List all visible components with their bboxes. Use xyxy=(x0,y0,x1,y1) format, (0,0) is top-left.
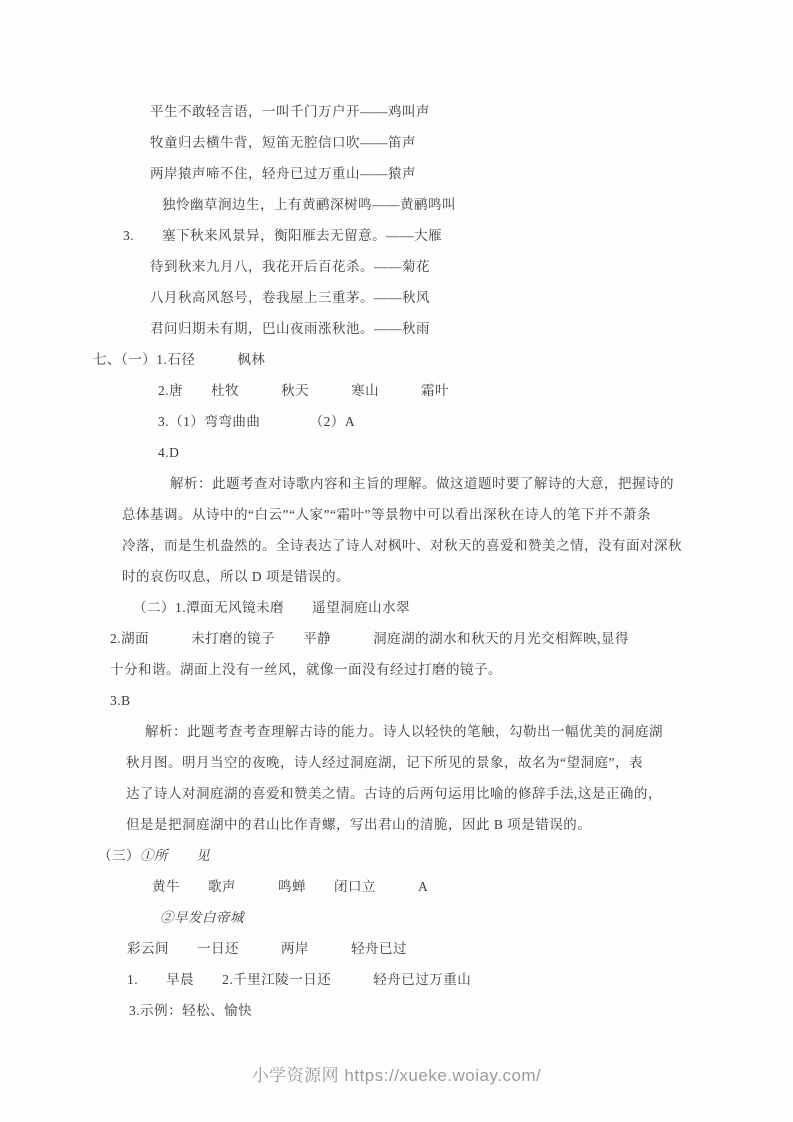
text-line: 2.唐 杜牧 秋天 寒山 霜叶 xyxy=(0,375,793,406)
text-line: 黄牛 歌声 鸣蝉 闭口立 A xyxy=(0,871,793,902)
text-line: （三）①所 见 xyxy=(0,840,793,871)
text-line: 平生不敢轻言语，一叫千门万户开——鸡叫声 xyxy=(0,96,793,127)
text-run: 解析：此题考查对诗歌内容和主旨的理解。做这道题时要了解诗的大意，把握诗的 xyxy=(170,476,674,491)
text-run: 平生不敢轻言语，一叫千门万户开——鸡叫声 xyxy=(150,104,430,119)
text-run: 君问归期未有期，巴山夜雨涨秋池。——秋雨 xyxy=(150,321,430,336)
text-run: 1. 早晨 2.千里江陵一日还 轻舟已过万重山 xyxy=(127,972,471,987)
text-run: 3. 塞下秋来风景异，衡阳雁去无留意。——大雁 xyxy=(123,228,442,243)
text-run: 3.（1）弯弯曲曲 （2）A xyxy=(158,414,355,429)
text-run: 解析：此题考查考查理解古诗的能力。诗人以轻快的笔触，勾勒出一幅优美的洞庭湖 xyxy=(145,724,663,739)
text-line: 十分和谐。湖面上没有一丝风，就像一面没有经过打磨的镜子。 xyxy=(0,654,793,685)
text-run: 待到秋来九月八，我花开后百花杀。——菊花 xyxy=(150,259,430,274)
kai-text-run: ②早发白帝城 xyxy=(160,910,244,925)
text-line: 2.湖面 未打磨的镜子 平静 洞庭湖的湖水和秋天的月光交相辉映,显得 xyxy=(0,623,793,654)
text-run: 但是是把洞庭湖中的君山比作青螺，写出君山的清脆，因此 B 项是错误的。 xyxy=(126,817,591,832)
text-run: 总体基调。从诗中的“白云”“人家”“霜叶”等景物中可以看出深秋在诗人的笔下并不萧… xyxy=(122,507,651,522)
watermark-footer: 小学资源网 https://xueke.woiay.com/ xyxy=(0,1064,793,1088)
text-line: ②早发白帝城 xyxy=(0,902,793,933)
answer-sheet-body: 平生不敢轻言语，一叫千门万户开——鸡叫声牧童归去横牛背，短笛无腔信口吹——笛声两… xyxy=(0,96,793,1026)
text-line: 总体基调。从诗中的“白云”“人家”“霜叶”等景物中可以看出深秋在诗人的笔下并不萧… xyxy=(0,499,793,530)
text-line: 两岸猿声啼不住，轻舟已过万重山——猿声 xyxy=(0,158,793,189)
text-line: 4.D xyxy=(0,437,793,468)
text-run: 2.湖面 未打磨的镜子 平静 洞庭湖的湖水和秋天的月光交相辉映,显得 xyxy=(110,631,629,646)
text-run: 秋月图。明月当空的夜晚，诗人经过洞庭湖，记下所见的景象，故名为“望洞庭”，表 xyxy=(126,755,643,770)
text-run: 冷落，而是生机盎然的。全诗表达了诗人对枫叶、对秋天的喜爱和赞美之情，没有面对深秋 xyxy=(122,538,682,553)
text-run: （三） xyxy=(98,848,140,863)
text-line: 3.（1）弯弯曲曲 （2）A xyxy=(0,406,793,437)
text-line: 冷落，而是生机盎然的。全诗表达了诗人对枫叶、对秋天的喜爱和赞美之情，没有面对深秋 xyxy=(0,530,793,561)
text-line: 独怜幽草涧边生，上有黄鹂深树鸣——黄鹂鸣叫 xyxy=(0,189,793,220)
text-line: 解析：此题考查考查理解古诗的能力。诗人以轻快的笔触，勾勒出一幅优美的洞庭湖 xyxy=(0,716,793,747)
text-run: 七、（一）1.石径 枫林 xyxy=(93,352,265,367)
text-run: 3.示例：轻松、愉快 xyxy=(129,1003,252,1018)
text-line: 但是是把洞庭湖中的君山比作青螺，写出君山的清脆，因此 B 项是错误的。 xyxy=(0,809,793,840)
text-run: 黄牛 歌声 鸣蝉 闭口立 A xyxy=(152,879,428,894)
text-line: （二）1.潭面无风镜未磨 遥望洞庭山水翠 xyxy=(0,592,793,623)
kai-text-run: ①所 见 xyxy=(140,848,210,863)
text-line: 解析：此题考查对诗歌内容和主旨的理解。做这道题时要了解诗的大意，把握诗的 xyxy=(0,468,793,499)
text-run: （二）1.潭面无风镜未磨 遥望洞庭山水翠 xyxy=(133,600,410,615)
text-line: 时的哀伤叹息，所以 D 项是错误的。 xyxy=(0,561,793,592)
text-line: 彩云间 一日还 两岸 轻舟已过 xyxy=(0,933,793,964)
text-run: 牧童归去横牛背，短笛无腔信口吹——笛声 xyxy=(150,135,416,150)
text-run: 2.唐 杜牧 秋天 寒山 霜叶 xyxy=(158,383,449,398)
text-line: 待到秋来九月八，我花开后百花杀。——菊花 xyxy=(0,251,793,282)
text-line: 秋月图。明月当空的夜晚，诗人经过洞庭湖，记下所见的景象，故名为“望洞庭”，表 xyxy=(0,747,793,778)
text-line: 七、（一）1.石径 枫林 xyxy=(0,344,793,375)
text-line: 3.B xyxy=(0,685,793,716)
text-run: 3.B xyxy=(110,693,131,708)
text-line: 1. 早晨 2.千里江陵一日还 轻舟已过万重山 xyxy=(0,964,793,995)
text-run: 彩云间 一日还 两岸 轻舟已过 xyxy=(127,941,407,956)
text-line: 3. 塞下秋来风景异，衡阳雁去无留意。——大雁 xyxy=(0,220,793,251)
text-run: 时的哀伤叹息，所以 D 项是错误的。 xyxy=(122,569,350,584)
text-run: 达了诗人对洞庭湖的喜爱和赞美之情。古诗的后两句运用比喻的修辞手法,这是正确的， xyxy=(126,786,662,801)
text-line: 3.示例：轻松、愉快 xyxy=(0,995,793,1026)
text-line: 八月秋高风怒号，卷我屋上三重茅。——秋风 xyxy=(0,282,793,313)
text-line: 君问归期未有期，巴山夜雨涨秋池。——秋雨 xyxy=(0,313,793,344)
text-run: 八月秋高风怒号，卷我屋上三重茅。——秋风 xyxy=(150,290,430,305)
text-run: 4.D xyxy=(158,445,179,460)
text-line: 达了诗人对洞庭湖的喜爱和赞美之情。古诗的后两句运用比喻的修辞手法,这是正确的， xyxy=(0,778,793,809)
text-run: 两岸猿声啼不住，轻舟已过万重山——猿声 xyxy=(150,166,416,181)
text-line: 牧童归去横牛背，短笛无腔信口吹——笛声 xyxy=(0,127,793,158)
document-page: 平生不敢轻言语，一叫千门万户开——鸡叫声牧童归去横牛背，短笛无腔信口吹——笛声两… xyxy=(0,0,793,1122)
text-run: 独怜幽草涧边生，上有黄鹂深树鸣——黄鹂鸣叫 xyxy=(162,197,456,212)
text-run: 十分和谐。湖面上没有一丝风，就像一面没有经过打磨的镜子。 xyxy=(110,662,502,677)
